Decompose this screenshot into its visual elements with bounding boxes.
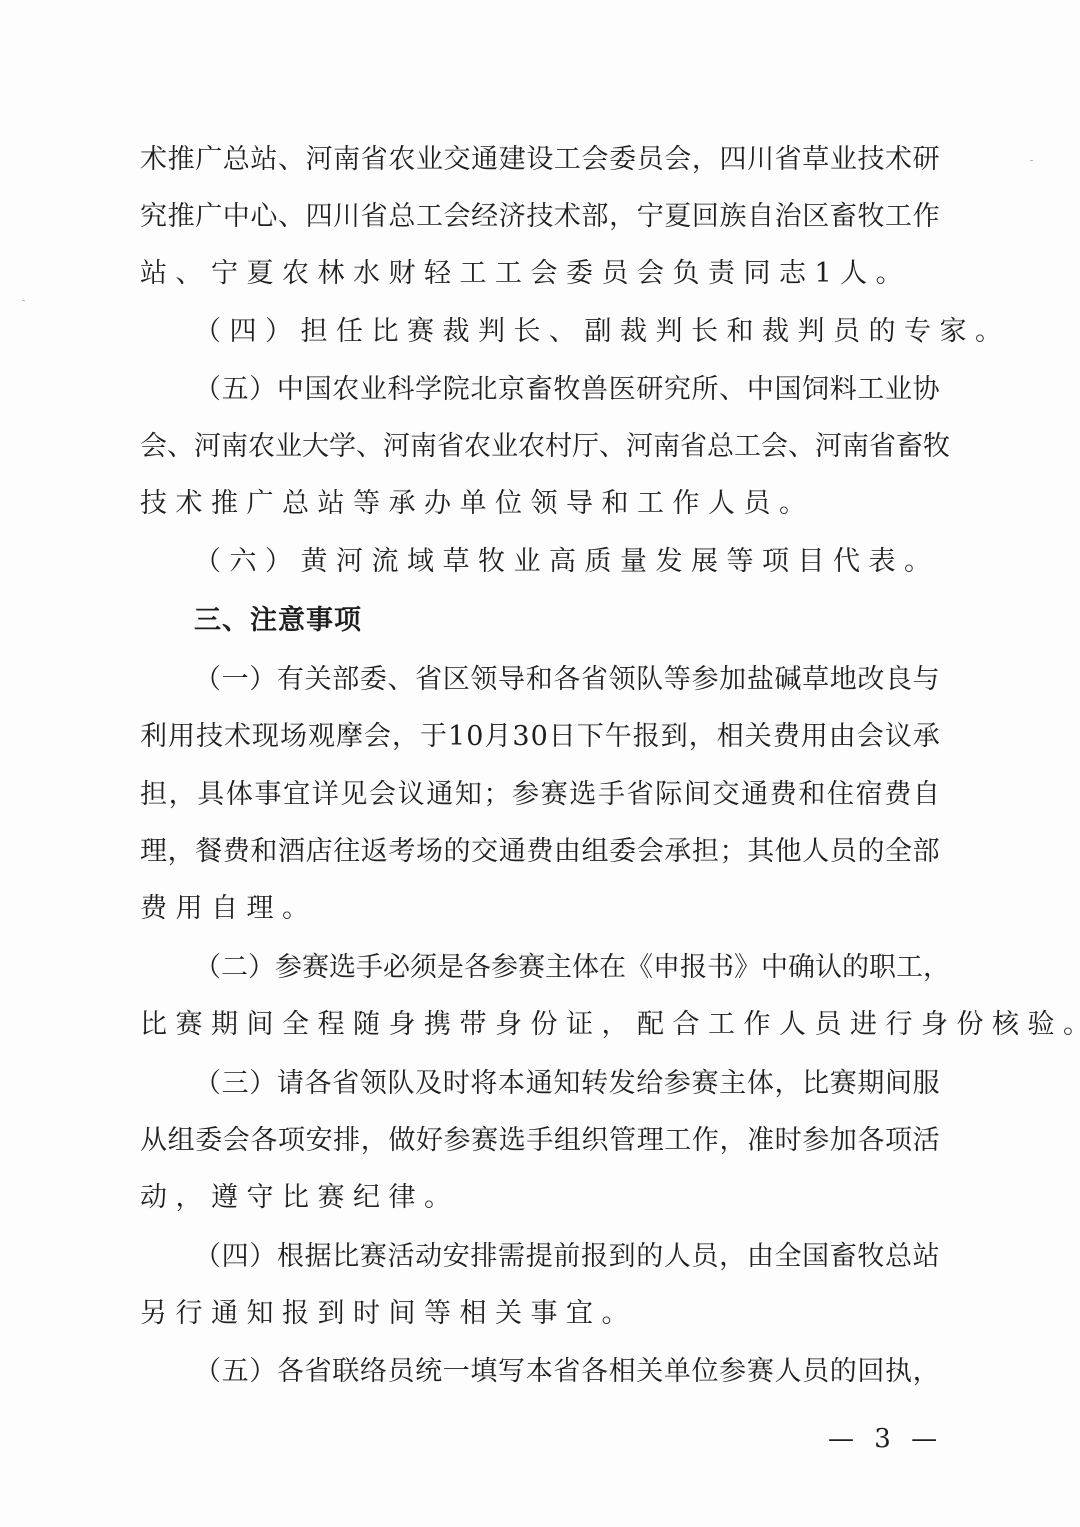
document-line: （二）参赛选手必须是各参赛主体在《申报书》中确认的职工， [194,951,940,985]
scan-speck [22,300,25,301]
document-line: 从组委会各项安排，做好参赛选手组织管理工作，准时参加各项活 [140,1124,940,1158]
scan-speck [1030,160,1033,161]
section-heading: 三、注意事项 [194,604,362,638]
document-line: （五）中国农业科学院北京畜牧兽医研究所、中国饲料工业协 [194,373,940,407]
document-line: （三）请各省领队及时将本通知转发给参赛主体，比赛期间服 [194,1067,940,1101]
document-line: 费用自理。 [140,892,940,926]
page-number: — 3 — [828,1422,943,1456]
document-line: 比赛期间全程随身携带身份证，配合工作人员进行身份核验。 [140,1008,940,1042]
document-line: （五）各省联络员统一填写本省各相关单位参赛人员的回执， [194,1355,940,1389]
document-line: 站、宁夏农林水财轻工工会委员会负责同志1人。 [140,257,940,291]
document-line: 利用技术现场观摩会，于10月30日下午报到，相关费用由会议承 [140,720,940,754]
document-line: 究推广中心、四川省总工会经济技术部，宁夏回族自治区畜牧工作 [140,200,940,234]
document-line: （一）有关部委、省区领导和各省领队等参加盐碱草地改良与 [194,663,940,697]
document-line: （四）担任比赛裁判长、副裁判长和裁判员的专家。 [194,315,940,349]
document-line: 另行通知报到时间等相关事宜。 [140,1297,940,1331]
document-page: 术推广总站、河南省农业交通建设工会委员会，四川省草业技术研究推广中心、四川省总工… [0,0,1080,1527]
document-line: 理，餐费和酒店往返考场的交通费由组委会承担；其他人员的全部 [140,835,940,869]
document-line: （六）黄河流域草牧业高质量发展等项目代表。 [194,545,940,579]
document-line: （四）根据比赛活动安排需提前报到的人员，由全国畜牧总站 [194,1240,940,1274]
document-line: 担，具体事宜详见会议通知；参赛选手省际间交通费和住宿费自 [140,778,940,812]
document-line: 会、河南农业大学、河南省农业农村厅、河南省总工会、河南省畜牧 [140,430,940,464]
document-line: 技术推广总站等承办单位领导和工作人员。 [140,487,940,521]
document-line: 动，遵守比赛纪律。 [140,1181,940,1215]
document-line: 术推广总站、河南省农业交通建设工会委员会，四川省草业技术研 [140,143,940,177]
